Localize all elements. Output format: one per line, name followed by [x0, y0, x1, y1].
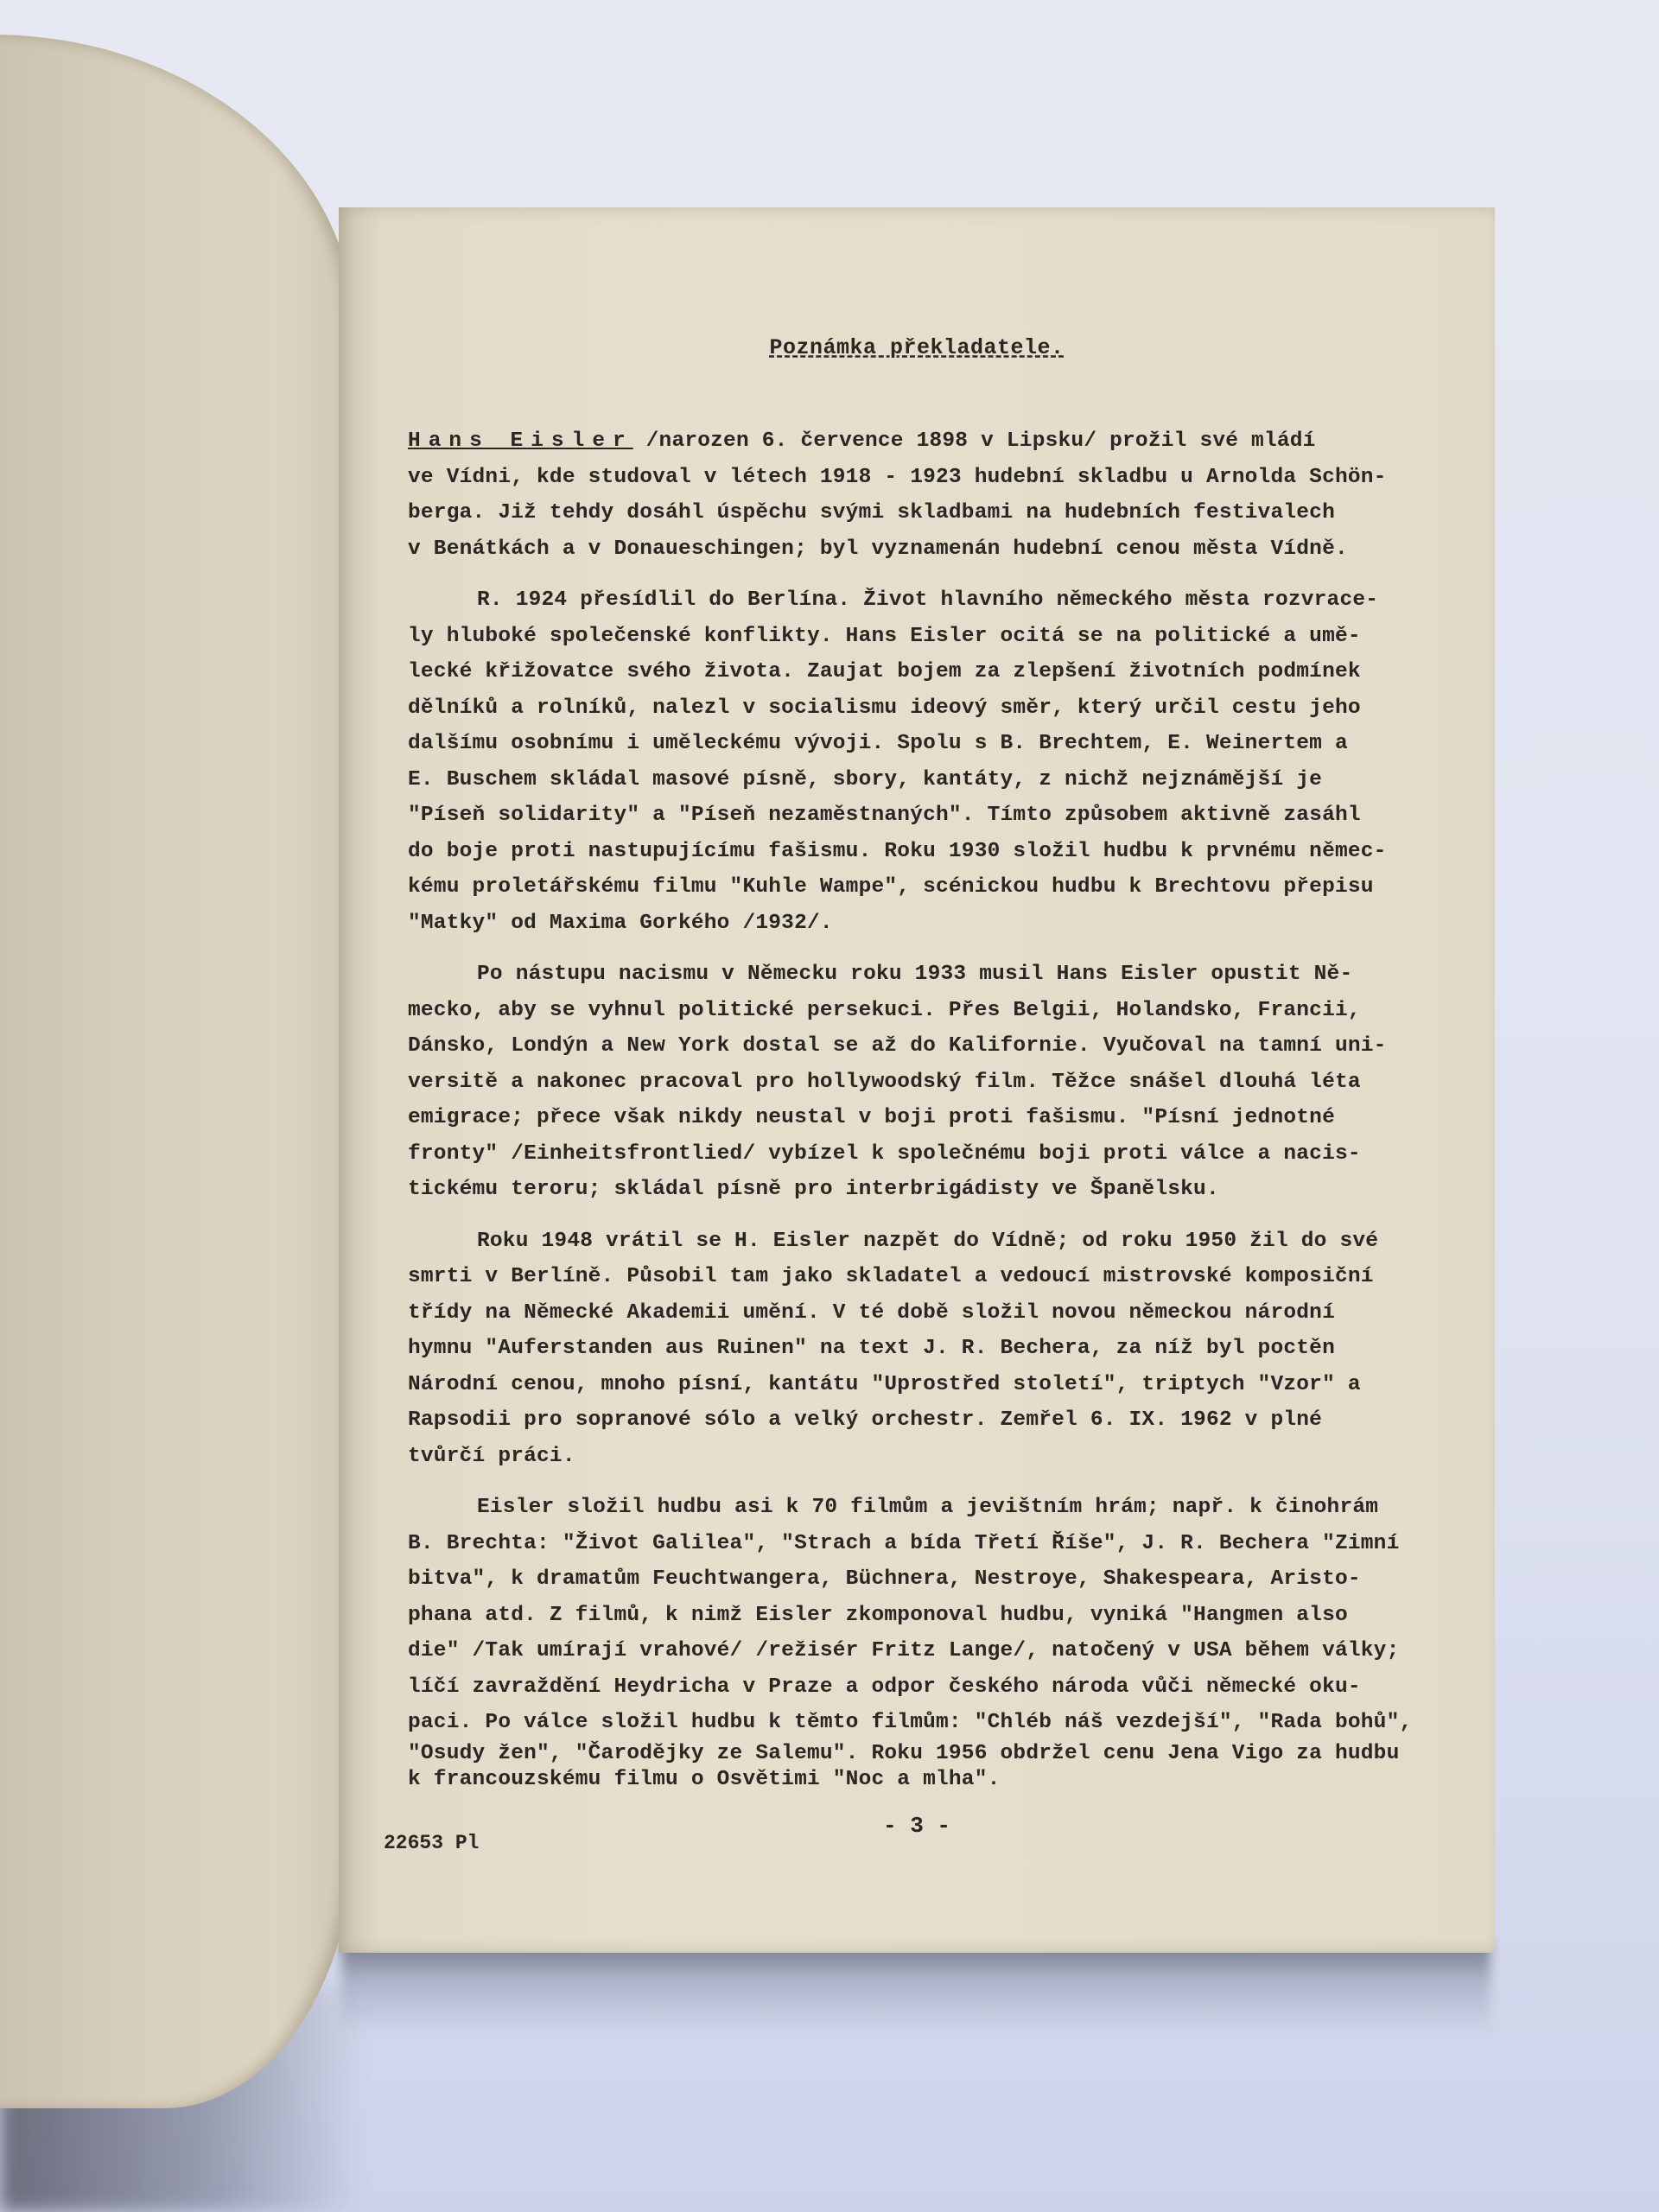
text-line: "Píseň solidarity" a "Píseň nezaměstnaný…: [408, 798, 1376, 834]
paragraph-1: Hans Eisler /narozen 6. července 1898 v …: [408, 423, 1376, 567]
text-line: tvůrčí práci.: [408, 1439, 1376, 1475]
text-line: Po nástupu nacismu v Německu roku 1933 m…: [408, 957, 1376, 993]
text-line: hymnu "Auferstanden aus Ruinen" na text …: [408, 1331, 1376, 1367]
right-page: Poznámka překladatele. Hans Eisler /naro…: [339, 207, 1495, 1953]
text-line: smrti v Berlíně. Působil tam jako sklada…: [408, 1259, 1376, 1295]
text-line: Hans Eisler /narozen 6. července 1898 v …: [408, 423, 1376, 460]
text-line: ve Vídni, kde studoval v létech 1918 - 1…: [408, 460, 1376, 496]
text-line: kému proletářskému filmu "Kuhle Wampe", …: [408, 869, 1376, 906]
text-line: ly hluboké společenské konflikty. Hans E…: [408, 619, 1376, 655]
text-line: die" /Tak umírají vrahové/ /režisér Frit…: [408, 1633, 1376, 1669]
text-line: fronty" /Einheitsfrontlied/ vybízel k sp…: [408, 1136, 1376, 1173]
left-page-curled: [0, 35, 354, 2108]
paragraph-2: R. 1924 přesídlil do Berlína. Život hlav…: [408, 582, 1376, 941]
text-line: phana atd. Z filmů, k nimž Eisler zkompo…: [408, 1598, 1376, 1634]
text-line: mecko, aby se vyhnul politické persekuci…: [408, 993, 1376, 1029]
text-line: Eisler složil hudbu asi k 70 filmům a je…: [408, 1490, 1376, 1526]
text-line: v Benátkách a v Donaueschingen; byl vyzn…: [408, 531, 1376, 568]
text-line: líčí zavraždění Heydricha v Praze a odpo…: [408, 1669, 1376, 1706]
body-text: Hans Eisler /narozen 6. července 1898 v …: [408, 423, 1376, 1808]
text-line: berga. Již tehdy dosáhl úspěchu svými sk…: [408, 495, 1376, 531]
text-line: Národní cenou, mnoho písní, kantátu "Upr…: [408, 1367, 1376, 1403]
text-line: Dánsko, Londýn a New York dostal se až d…: [408, 1028, 1376, 1065]
text-line: emigrace; přece však nikdy neustal v boj…: [408, 1100, 1376, 1136]
paragraph-4: Roku 1948 vrátil se H. Eisler nazpět do …: [408, 1224, 1376, 1475]
text-line: Roku 1948 vrátil se H. Eisler nazpět do …: [408, 1224, 1376, 1260]
text-line: E. Buschem skládal masové písně, sbory, …: [408, 762, 1376, 798]
text-line: Rapsodii pro sopranové sólo a velký orch…: [408, 1402, 1376, 1439]
text-line: R. 1924 přesídlil do Berlína. Život hlav…: [408, 582, 1376, 619]
text-line: dalšímu osobnímu i uměleckému vývoji. Sp…: [408, 726, 1376, 762]
text-line: k francouzskému filmu o Osvětimi "Noc a …: [408, 1767, 1376, 1793]
text-line: versitě a nakonec pracoval pro hollywood…: [408, 1065, 1376, 1101]
text-line: paci. Po válce složil hudbu k těmto film…: [408, 1705, 1376, 1741]
text-line: "Matky" od Maxima Gorkého /1932/.: [408, 906, 1376, 942]
text-line: "Osudy žen", "Čarodějky ze Salemu". Roku…: [408, 1741, 1376, 1767]
page-title: Poznámka překladatele.: [339, 335, 1495, 360]
text-line: lecké křižovatce svého života. Zaujat bo…: [408, 654, 1376, 690]
paragraph-3: Po nástupu nacismu v Německu roku 1933 m…: [408, 957, 1376, 1208]
text-line: do boje proti nastupujícímu fašismu. Rok…: [408, 834, 1376, 870]
text-line: bitva", k dramatům Feuchtwangera, Büchne…: [408, 1561, 1376, 1598]
page-number: - 3 -: [339, 1813, 1495, 1839]
text-line: třídy na Německé Akademii umění. V té do…: [408, 1295, 1376, 1332]
composer-name: Hans Eisler: [408, 429, 633, 453]
text-line: tickému teroru; skládal písně pro interb…: [408, 1172, 1376, 1208]
right-page-shadow: [341, 1940, 1491, 2035]
text-line: dělníků a rolníků, nalezl v socialismu i…: [408, 690, 1376, 727]
paragraph-5: Eisler složil hudbu asi k 70 filmům a je…: [408, 1490, 1376, 1793]
document-code: 22653 Pl: [384, 1832, 479, 1854]
typewritten-sheet: Poznámka překladatele. Hans Eisler /naro…: [339, 207, 1495, 1953]
text-line: B. Brechta: "Život Galilea", "Strach a b…: [408, 1526, 1376, 1562]
